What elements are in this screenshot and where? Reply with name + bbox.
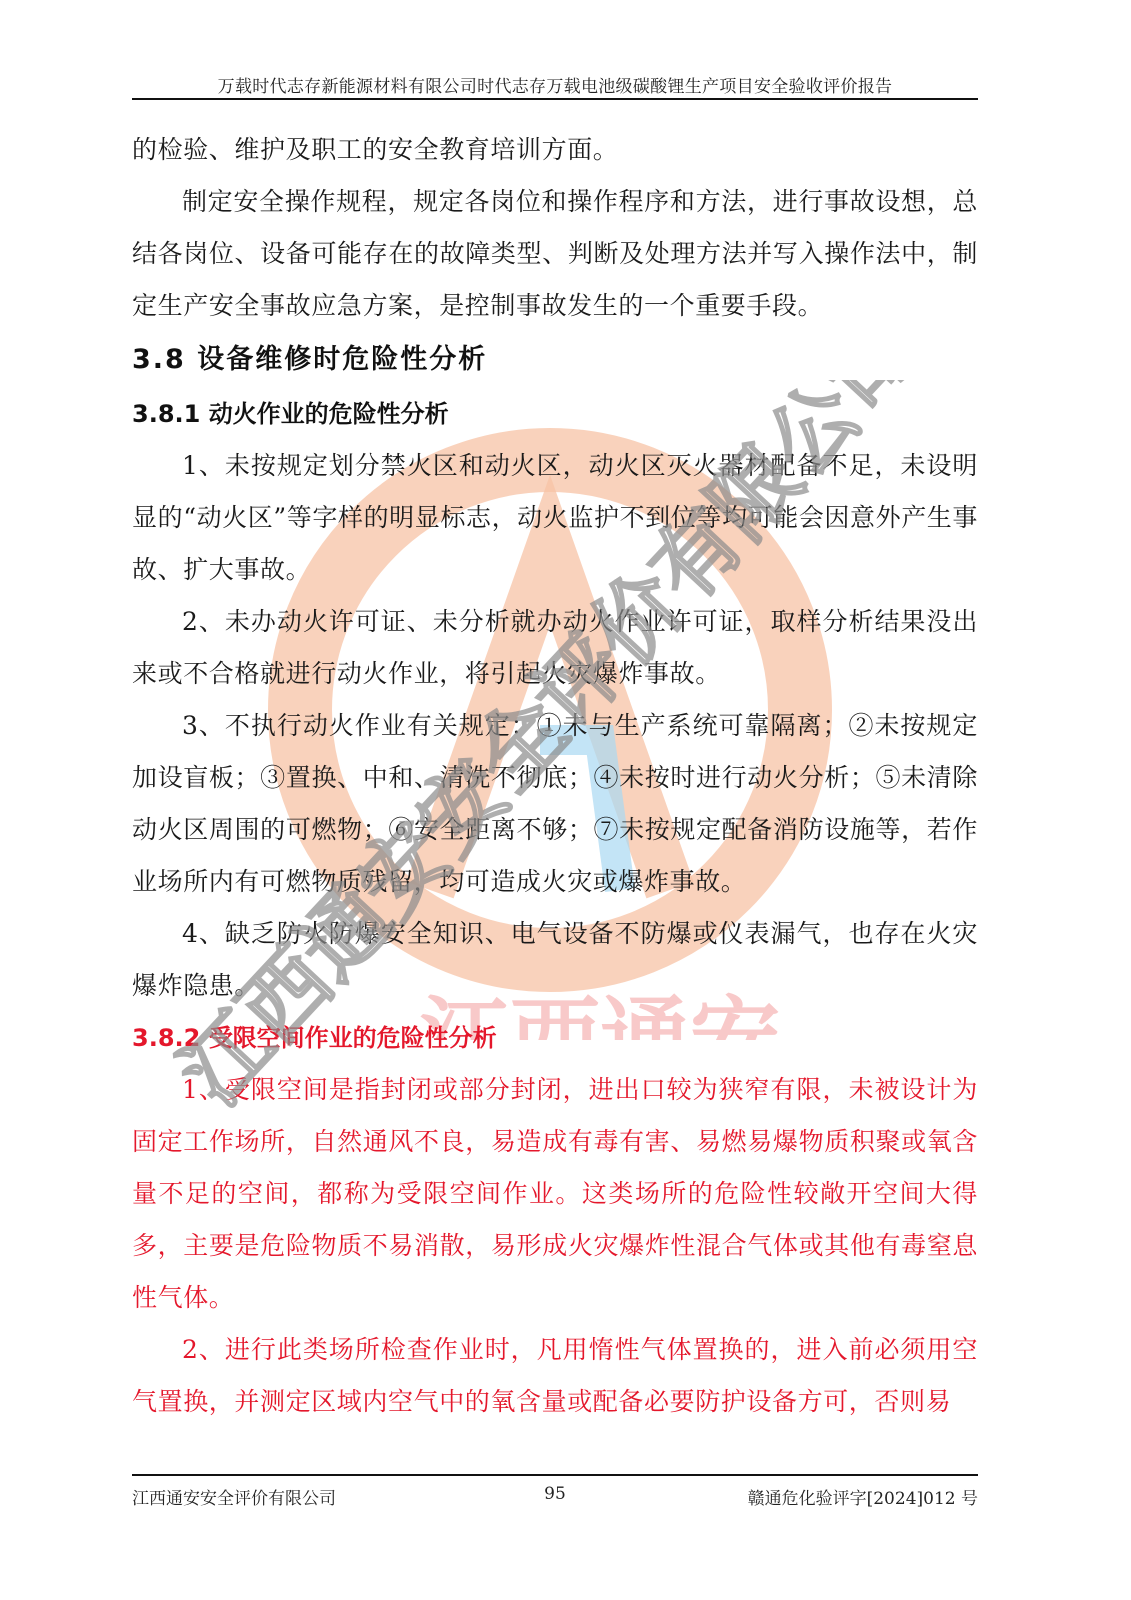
confined-space-paragraph-2: 2、进行此类场所检查作业时，凡用惰性气体置换的，进入前必须用空气置换，并测定区域… xyxy=(132,1324,978,1428)
page-content: 的检验、维护及职工的安全教育培训方面。 制定安全操作规程，规定各岗位和操作程序和… xyxy=(132,124,978,1428)
running-header: 万载时代志存新能源材料有限公司时代志存万载电池级碳酸锂生产项目安全验收评价报告 xyxy=(132,72,978,97)
hot-work-paragraph-4: 4、缺乏防火防爆安全知识、电气设备不防爆或仪表漏气，也存在火灾爆炸隐患。 xyxy=(132,908,978,1012)
hot-work-paragraph-1: 1、未按规定划分禁火区和动火区，动火区灭火器材配备不足，未设明显的“动火区”等字… xyxy=(132,440,978,596)
confined-space-paragraph-1: 1、受限空间是指封闭或部分封闭，进出口较为狭窄有限，未被设计为固定工作场所，自然… xyxy=(132,1064,978,1324)
intro-line-continuation: 的检验、维护及职工的安全教育培训方面。 xyxy=(132,124,978,176)
hot-work-paragraph-3: 3、不执行动火作业有关规定：①未与生产系统可靠隔离；②未按规定加设盲板；③置换、… xyxy=(132,700,978,908)
page-footer: 江西通安安全评价有限公司 95 赣通危化验评字[2024]012 号 xyxy=(132,1484,978,1508)
intro-paragraph: 制定安全操作规程，规定各岗位和操作程序和方法，进行事故设想，总结各岗位、设备可能… xyxy=(132,176,978,332)
subsection-heading-confined-space: 3.8.2 受限空间作业的危险性分析 xyxy=(132,1012,978,1064)
footer-divider xyxy=(132,1474,978,1476)
section-heading: 3.8 设备维修时危险性分析 xyxy=(132,332,978,388)
document-number: 赣通危化验评字[2024]012 号 xyxy=(748,1484,978,1509)
hot-work-paragraph-2: 2、未办动火许可证、未分析就办动火作业许可证，取样分析结果没出来或不合格就进行动… xyxy=(132,596,978,700)
header-divider xyxy=(132,98,978,100)
subsection-heading-hot-work: 3.8.1 动火作业的危险性分析 xyxy=(132,388,978,440)
